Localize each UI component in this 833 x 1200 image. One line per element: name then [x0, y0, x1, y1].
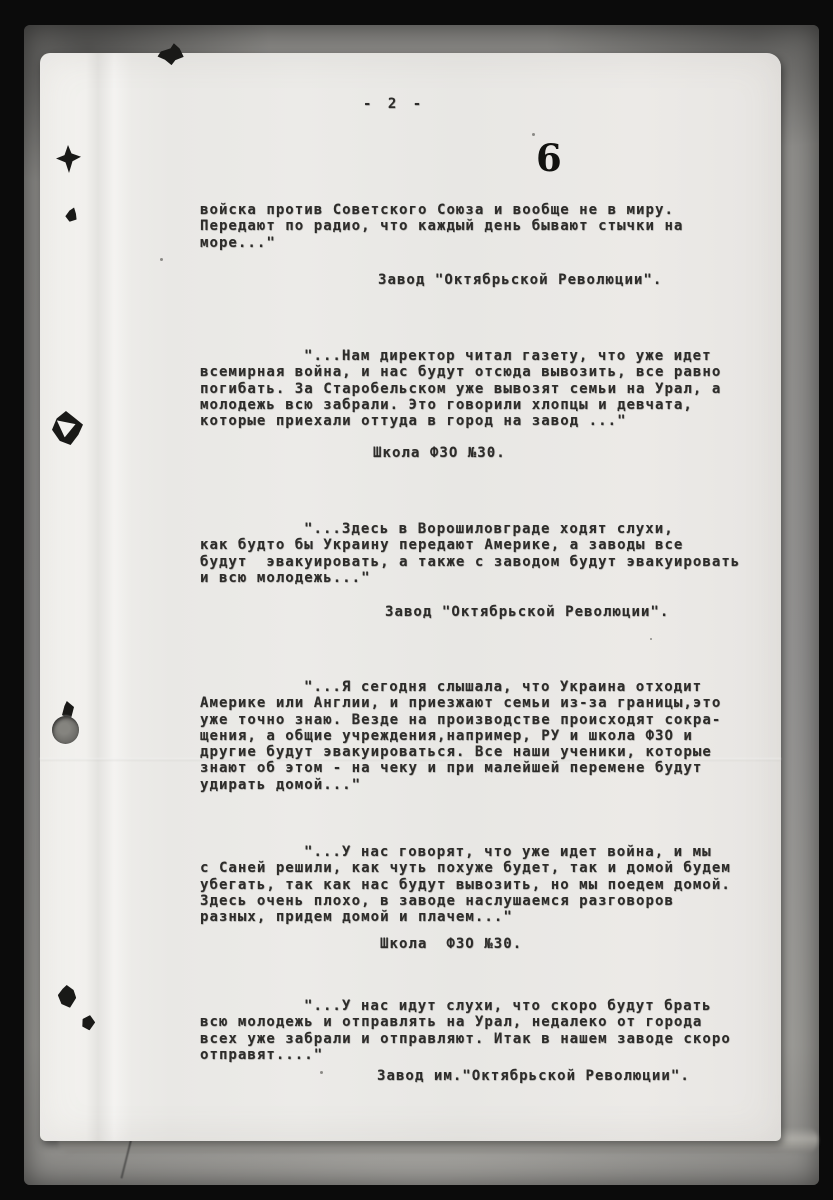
paragraph-quote: войска против Советского Союза и вообще … — [200, 202, 766, 251]
punch-hole — [52, 716, 79, 744]
source-line: Школа ФЗО №30. — [380, 936, 522, 952]
paragraph-quote: "...У нас говорят, что уже идет война, и… — [200, 844, 766, 925]
paragraph-quote: "...У нас идут слухи, что скоро будут бр… — [200, 998, 766, 1063]
paragraph-quote: "...Нам директор читал газету, что уже и… — [200, 348, 766, 429]
source-line: Завод "Октябрьской Революции". — [378, 272, 662, 288]
punch-hole — [81, 1014, 97, 1031]
paragraph-quote: "...Я сегодня слышала, что Украина отход… — [200, 679, 766, 793]
ink-speck — [320, 1071, 323, 1074]
punch-hole — [56, 145, 81, 173]
punch-hole — [63, 205, 80, 224]
ink-speck — [160, 258, 163, 261]
ink-speck — [650, 638, 652, 640]
source-line: Школа ФЗО №30. — [373, 445, 506, 461]
punch-hole — [57, 984, 77, 1009]
paragraph-quote: "...Здесь в Ворошиловграде ходят слухи, … — [200, 521, 766, 586]
source-line: Завод им."Октябрьской Революции". — [377, 1068, 690, 1084]
page-number: - 2 - — [363, 96, 425, 112]
source-line: Завод "Октябрьской Революции". — [385, 604, 669, 620]
ink-speck — [532, 133, 535, 136]
scan-frame: - 2 - 6 войска против Советского Союза и… — [0, 0, 833, 1200]
leaf-number-stamp: 6 — [536, 136, 562, 180]
